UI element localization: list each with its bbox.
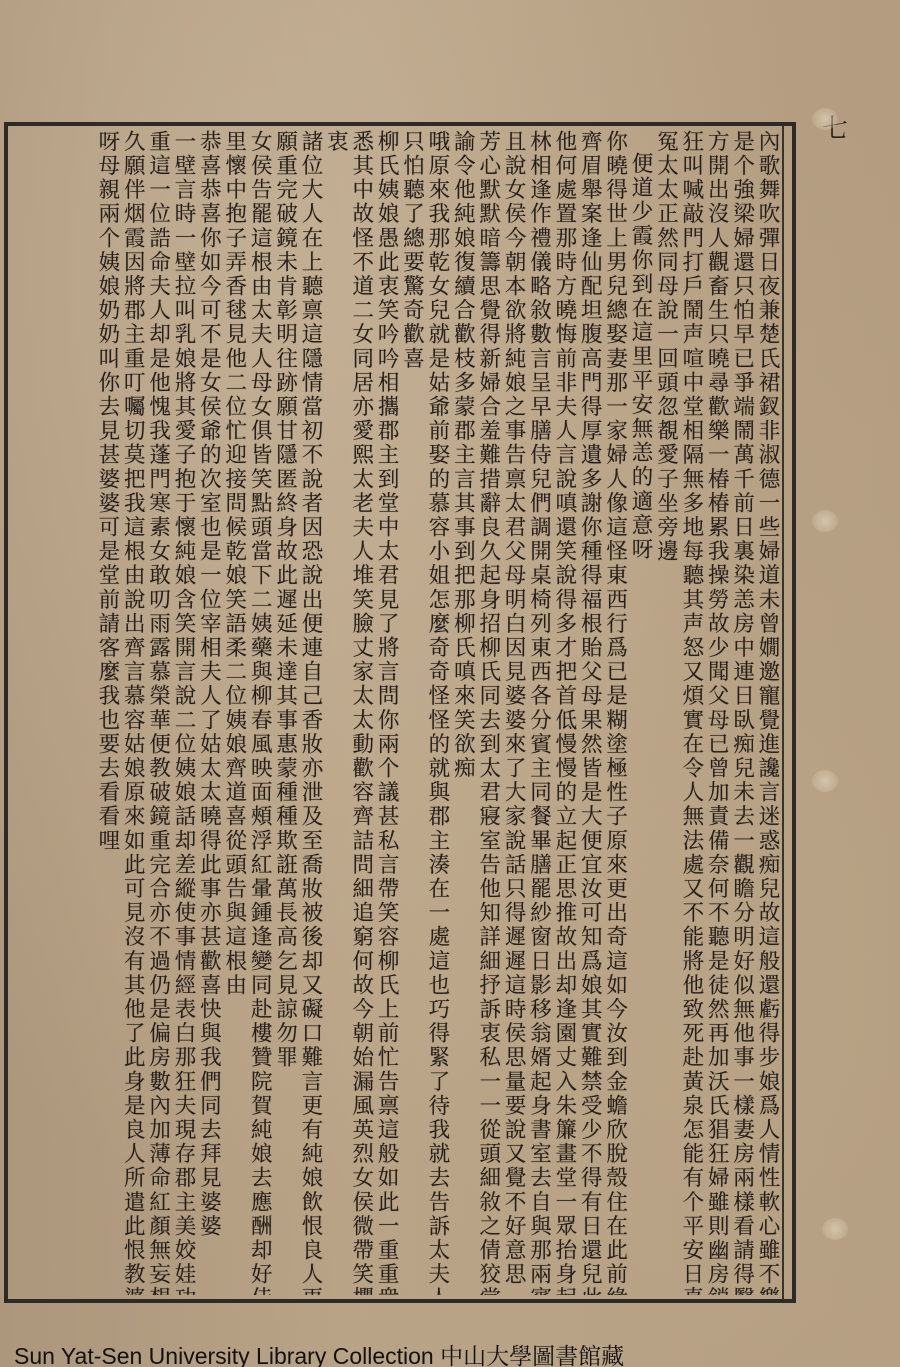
text-column: 便道少霞你到在這里平安無恙的適意呀 (628, 130, 653, 1295)
text-column: 柳氏姨娘愚此衷笑吟吟相攜郡主到堂中太君見了將言問你兩个議甚私言帶笑容柳氏上前忙告… (374, 130, 399, 1295)
text-column: 芳心默默暗籌思覺得新婦合羞難措辭良久起身招柳氏同去到太君寢室告他知詳細抒訴衷私一… (475, 130, 500, 1295)
text-column: 是个強梁婦還只怕早已爭端鬧萬千前日裏染恙房中連日臥痴兒未去一觀瞻分明好似無他事一… (729, 130, 754, 1295)
text-column: 一壁言時一壁拉叫乳娘將其愛子抱于懷純娘含笑開言說二位姨娘話却差縱使事情經表白那狂… (171, 130, 196, 1295)
text-column: 久願伴烟霞因將郡主重叮囑切莫把我這根由說出齊言慕容姑娘原來如此可見沒有其他了此身… (120, 130, 145, 1295)
text-column: 冤太太正然同母說一回頭忽覩愛子坐旁邊 (653, 130, 678, 1295)
caption-chinese: 中山大學圖書館藏 (440, 1344, 624, 1367)
text-column: 狂叫喊敲門打戶鬧声喧中堂相隔無多地每聽其声怒又煩實在令人無法處又不能將他致死赴黃… (678, 130, 703, 1295)
caption-english: Sun Yat-Sen University Library Collectio… (14, 1343, 434, 1367)
text-column: 內歌舞吹彈日夜兼楚氏裙釵非淑德一些婦道未曾嫺邀寵覺進讒言迷惑痴兒故這般還虧得步娘… (755, 130, 780, 1295)
text-column: 齊眉舉案逢仙配坦腹高門得厚遺多謝你種得福根貽父母果然皆是大便宜汝可知爲娘其實難禁… (577, 130, 602, 1295)
text-column: 哦原來我那乾女兒就是姑爺前娶的慕容小姐怎麼奇奇怪怪的就與郡主湊在一處這也巧得緊了… (425, 130, 450, 1295)
binding-hole (812, 108, 838, 130)
text-column: 且說女侯今朝本欲將純娘之事告禀太君父母明白因見婆婆來了大家說話只得遲遲這時侯思量… (501, 130, 526, 1295)
binding-hole (822, 1218, 848, 1240)
text-column: 諸位大人在上聽禀這隱情當初不說者因恐說出便連自己香妝亦泄及至喬妝被後却又礙口難言… (298, 130, 323, 1295)
text-column: 衷 (323, 130, 348, 1295)
text-column: 諭令他純娘復續合歡枝多蒙郡主言其事到把那柳氏嗔來笑欲痴 (450, 130, 475, 1295)
text-column: 你曉得世上男兒總娶妻那一家婦人像這怪東西行爲已是糊塗極性子原來更出奇這如今汝到金… (602, 130, 627, 1295)
text-column: 女侯告罷這根由太夫人母女俱皆笑點頭當下二姨藥與柳春風映面頰浮紅暈鍾逢變同赴樓贊院… (247, 130, 272, 1295)
text-column: 他何處置那時方曉悔前非夫人言說嗔還笑說得多才把首低慢慢的立起正思推故出却逢園丈入… (551, 130, 576, 1295)
text-column: 呀母親兩个姨娘奶奶叫你去見甚婆婆可是堂前請客麼我也要去看看哩 (94, 130, 119, 1295)
text-column: 恭喜恭喜你如今可不是女侯爺的次室也是一位宰相夫人了姑太太曉得此事亦甚歡喜快與我們… (196, 130, 221, 1295)
text-column: 重這一位誥命夫人却是他愧我蓬門寒素女敢叨雨露慕榮華便教破鏡重完合亦不過仍是偏房數… (145, 130, 170, 1295)
text-column: 願重完破鏡未肯彰明往跡願甘隱匿終身故此遲延未達其事惠蒙種種欺誑萬長高乞見諒勿罪 (272, 130, 297, 1295)
text-column: 只怕聽了總要驚奇歡喜 (399, 130, 424, 1295)
binding-hole (812, 770, 838, 792)
text-column: 林相逢作禮儀略敘數言呈早膳侍兒們調開桌椅列東西各分賓主同餐畢膳罷紗窗日影移翁婿起… (526, 130, 551, 1295)
text-column: 方開出沒人觀畜生只曉尋歡樂一椿椿累我操勞故少聞父母已曾加責備奈何不聽是徒然再加沃… (704, 130, 729, 1295)
text-columns: 內歌舞吹彈日夜兼楚氏裙釵非淑德一些婦道未曾嫺邀寵覺進讒言迷惑痴兒故這般還虧得步娘… (8, 130, 780, 1295)
binding-hole (812, 510, 838, 532)
text-column: 悉其中故怪不道二女同居亦愛熙太老夫人堆笑臉丈家太太動歡容齊詰問細追窮何故今朝始漏… (348, 130, 373, 1295)
library-caption: Sun Yat-Sen University Library Collectio… (14, 1338, 624, 1367)
text-frame: 內歌舞吹彈日夜兼楚氏裙釵非淑德一些婦道未曾嫺邀寵覺進讒言迷惑痴兒故這般還虧得步娘… (4, 122, 796, 1303)
text-column: 里懷中抱子弄香毬見他二位忙迎接問候乾娘笑語柔二位姨娘齊道喜從頭告與這根由 (221, 130, 246, 1295)
